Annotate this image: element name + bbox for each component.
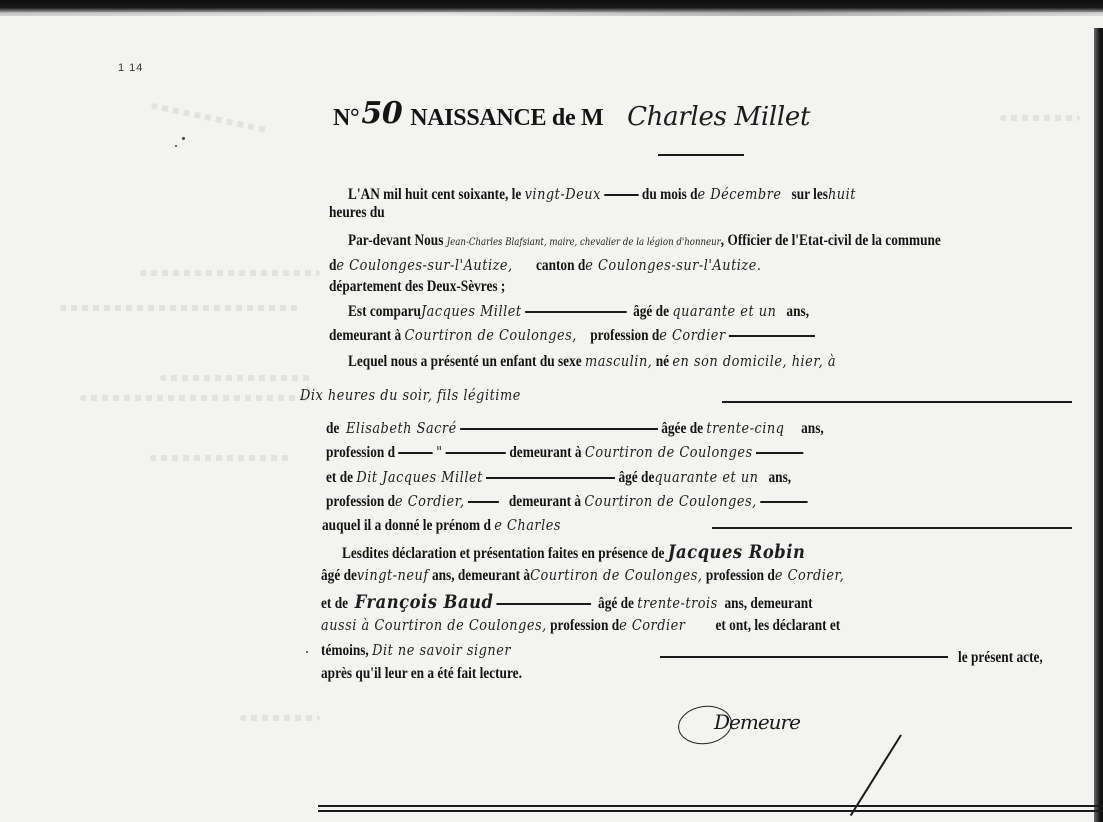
record-line-19-end: le présent acte, xyxy=(958,649,1043,667)
bleed-through-text xyxy=(160,375,310,381)
printed-text: âgé de xyxy=(321,567,357,584)
printed-text: profession d xyxy=(590,327,659,344)
printed-text: âgé de xyxy=(633,303,669,320)
printed-text: heures du xyxy=(329,204,385,221)
bleed-through-text xyxy=(140,270,320,276)
bleed-through-text xyxy=(240,715,320,721)
record-line-19: témoins, Dit ne savoir signer xyxy=(321,641,511,660)
printed-text: ans, xyxy=(801,420,824,437)
handwritten-father-age: quarante et un xyxy=(654,468,758,486)
officer-signature: Demeure xyxy=(714,710,800,734)
page-top-binding-edge xyxy=(0,0,1103,14)
printed-text: canton d xyxy=(536,257,585,274)
printed-text: L'AN mil huit cent soixante, le xyxy=(348,186,521,203)
printed-text: et de xyxy=(321,595,348,612)
handwritten-commune: e Coulonges-sur-l'Autize, xyxy=(336,256,512,274)
printed-text: Lesdites déclaration et présentation fai… xyxy=(342,545,664,562)
record-line-7: demeurant à Courtiron de Coulonges, prof… xyxy=(329,326,815,345)
printed-text: département des Deux-Sèvres ; xyxy=(329,278,505,295)
printed-text: âgée de xyxy=(661,420,703,437)
printed-text: sur les xyxy=(792,186,828,203)
handwritten-father-profession: e Cordier, xyxy=(395,492,465,510)
handwritten-birth-time: Dix heures du soir, fils légitime xyxy=(300,386,521,404)
record-line-5: département des Deux-Sèvres ; xyxy=(329,278,505,296)
record-type-label: NAISSANCE de M xyxy=(410,105,603,131)
printed-text: du mois d xyxy=(642,186,698,203)
handwritten-witness-2-profession: e Cordier xyxy=(619,616,685,634)
bleed-through-text xyxy=(60,305,300,311)
bleed-through-text xyxy=(151,103,270,134)
handwritten-birthplace: en son domicile, hier, à xyxy=(672,352,836,370)
handwritten-signing-note: Dit ne savoir signer xyxy=(372,641,511,659)
printed-text: né xyxy=(656,353,669,370)
record-line-2: heures du xyxy=(329,204,385,222)
printed-text: et de xyxy=(326,469,353,486)
handwritten-witness-1-profession: e Cordier, xyxy=(775,566,845,584)
record-number: 50 xyxy=(361,96,402,131)
printed-text: demeurant à xyxy=(509,444,581,461)
printed-text: Est comparu xyxy=(348,303,421,320)
printed-text: ans, xyxy=(786,303,809,320)
record-line-8: Lequel nous a présenté un enfant du sexe… xyxy=(348,352,836,371)
printed-text: âgé de xyxy=(618,469,654,486)
printed-text: profession d xyxy=(326,493,395,510)
printed-text: ans, demeurant à xyxy=(432,567,530,584)
folio-number: 1 14 xyxy=(118,62,143,74)
printed-text: le présent acte, xyxy=(958,649,1043,666)
handwritten-witness-2-residence: aussi à Courtiron de Coulonges, xyxy=(321,616,547,634)
record-line-13: profession de Cordier, demeurant à Court… xyxy=(326,492,807,511)
ink-speck xyxy=(175,145,177,147)
child-name-handwritten: Charles Millet xyxy=(627,102,810,132)
handwritten-mother: Elisabeth Sacré xyxy=(346,419,457,437)
handwritten-canton: e Coulonges-sur-l'Autize. xyxy=(585,256,761,274)
handwritten-day: vingt-Deux xyxy=(525,185,601,203)
handwritten-witness-2-age: trente-trois xyxy=(637,594,718,612)
record-line-20: après qu'il leur en a été fait lecture. xyxy=(321,665,522,683)
handwritten-residence: Courtiron de Coulonges, xyxy=(405,326,577,344)
printed-text: profession d xyxy=(326,444,395,461)
handwritten-sex: masculin, xyxy=(585,352,652,370)
printed-text: Lequel nous a présenté un enfant du sexe xyxy=(348,353,582,370)
record-line-18: aussi à Courtiron de Coulonges, professi… xyxy=(321,616,840,635)
printed-text: demeurant à xyxy=(509,493,581,510)
record-line-10: de Elisabeth Sacré âgée de trente-cinq a… xyxy=(326,419,824,438)
printed-text: de xyxy=(326,420,339,437)
handwritten-month: e Décembre xyxy=(698,185,782,203)
record-line-11: profession d " demeurant à Courtiron de … xyxy=(326,443,803,462)
handwritten-mother-profession: " xyxy=(436,443,442,461)
handwritten-given-name: e Charles xyxy=(494,516,561,534)
handwritten-profession: e Cordier xyxy=(659,326,725,344)
printed-text: âgé de xyxy=(598,595,634,612)
record-line-1: L'AN mil huit cent soixante, le vingt-De… xyxy=(348,185,856,204)
handwritten-age: quarante et un xyxy=(672,302,776,320)
printed-text: profession d xyxy=(706,567,775,584)
record-line-14: auquel il a donné le prénom d e Charles xyxy=(322,516,561,535)
bleed-through-text xyxy=(150,455,290,461)
record-line-17: et de François Baud âgé de trente-trois … xyxy=(321,591,813,613)
handwritten-mother-residence: Courtiron de Coulonges xyxy=(585,443,753,461)
handwritten-hour: huit xyxy=(828,185,856,203)
bleed-through-text xyxy=(80,395,310,401)
record-line-6: Est comparuJacques Millet âgé de quarant… xyxy=(348,302,809,321)
record-line-3: Par-devant Nous Jean-Charles Blafsiant, … xyxy=(348,232,941,250)
handwritten-officer: Jean-Charles Blafsiant, maire, chevalier… xyxy=(447,237,721,248)
closing-rule-bottom xyxy=(318,810,1103,812)
printed-text: ans, demeurant xyxy=(724,595,812,612)
fill-line xyxy=(712,527,1072,529)
handwritten-witness-2: François Baud xyxy=(355,591,494,613)
printed-text: Par-devant Nous xyxy=(348,232,443,249)
printed-text: et ont, les déclarant et xyxy=(715,617,840,634)
ink-speck xyxy=(306,651,308,653)
fill-line xyxy=(660,656,948,658)
handwritten-witness-1: Jacques Robin xyxy=(668,541,806,563)
ink-speck xyxy=(182,137,185,140)
record-title: N°50 NAISSANCE de M Charles Millet xyxy=(333,98,810,133)
printed-text: profession d xyxy=(550,617,619,634)
printed-text: après qu'il leur en a été fait lecture. xyxy=(321,665,522,682)
bleed-through-text xyxy=(1000,115,1080,121)
closing-rule-top xyxy=(318,805,1103,807)
signature-stroke xyxy=(850,734,902,816)
record-line-12: et de Dit Jacques Millet âgé dequarante … xyxy=(326,468,791,487)
numero-prefix: N° xyxy=(333,105,359,131)
handwritten-declarant: Jacques Millet xyxy=(421,302,522,320)
handwritten-father: Dit Jacques Millet xyxy=(356,468,482,486)
printed-text: demeurant à xyxy=(329,327,401,344)
handwritten-father-residence: Courtiron de Coulonges, xyxy=(584,492,756,510)
printed-text: , Officier de l'Etat-civil de la commune xyxy=(721,232,941,249)
printed-text: ans, xyxy=(768,469,791,486)
record-line-16: âgé devingt-neuf ans, demeurant àCourtir… xyxy=(321,566,844,585)
printed-text: témoins, xyxy=(321,642,369,659)
printed-text: d xyxy=(329,257,336,274)
page-right-binding-edge xyxy=(1094,28,1103,822)
record-line-15: Lesdites déclaration et présentation fai… xyxy=(342,541,805,563)
title-underline xyxy=(658,154,744,156)
handwritten-witness-1-age: vingt-neuf xyxy=(357,566,429,584)
printed-text: auquel il a donné le prénom d xyxy=(322,517,491,534)
handwritten-mother-age: trente-cinq xyxy=(706,419,784,437)
record-line-9: Dix heures du soir, fils légitime xyxy=(300,386,521,405)
handwritten-witness-1-residence: Courtiron de Coulonges, xyxy=(530,566,702,584)
record-line-4: de Coulonges-sur-l'Autize, canton de Cou… xyxy=(329,256,761,275)
fill-line xyxy=(722,401,1072,403)
